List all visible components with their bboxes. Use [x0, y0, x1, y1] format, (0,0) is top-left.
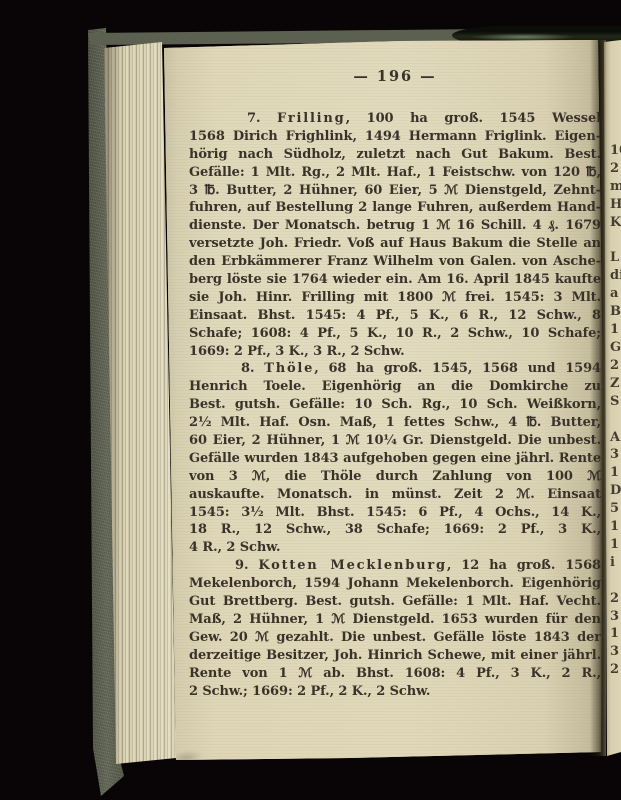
text-line: hörig nach Südholz, zuletzt nach Gut Bak…	[189, 146, 601, 164]
text-line: auskaufte. Monatsch. in münst. Zeit 2 ℳ.…	[189, 486, 601, 504]
text-line: von 3 ℳ, die Thöle durch Zahlung von 100…	[189, 468, 601, 486]
text-line: 2½ Mlt. Haf. Osn. Maß, 1 fettes Schw., 4…	[189, 414, 601, 432]
book-page: — 196 — 7. Frilling, 100 ha groß. 1545 W…	[156, 38, 606, 766]
paragraph-thoele: 8. Thöle, 68 ha groß. 1545, 1568 und 159…	[189, 360, 601, 557]
photo-background: — 196 — 7. Frilling, 100 ha groß. 1545 W…	[0, 0, 621, 800]
next-page-sliver: 10 2 m H K L di a B 1 G 2 Z S A 3 1 D 5 …	[604, 40, 621, 756]
text-line: dienste. Der Monatsch. betrug 1 ℳ 16 Sch…	[189, 217, 601, 235]
text-line: 2 Schw.; 1669: 2 Pf., 2 K., 2 Schw.	[189, 683, 601, 701]
page-text-block: — 196 — 7. Frilling, 100 ha groß. 1545 W…	[189, 68, 601, 700]
text-line: 4 R., 2 Schw.	[189, 539, 601, 557]
page-number: — 196 —	[189, 68, 601, 86]
entry-name: Kotten Mecklenburg	[258, 558, 447, 573]
text-line: sie Joh. Hinr. Frilling mit 1800 ℳ frei.…	[189, 289, 601, 307]
text-line: Einsaat. Bhst. 1545: 4 Pf., 5 K., 6 R., …	[189, 307, 601, 325]
paragraph-frilling: 7. Frilling, 100 ha groß. 1545 Wessel Fr…	[189, 110, 601, 360]
text-line: fuhren, auf Bestellung 2 lange Fuhren, a…	[189, 199, 601, 217]
paragraph-mecklenburg: 9. Kotten Mecklenburg, 12 ha groß. 1568 …	[189, 557, 601, 700]
text-line: Best. gutsh. Gefälle: 10 Sch. Rg., 10 Sc…	[189, 396, 601, 414]
text-line: Henrich Toele. Eigenhörig an die Domkirc…	[189, 378, 601, 396]
entry-name: Thöle	[264, 361, 314, 376]
text-line: Gefälle wurden 1843 aufgehoben gegen ein…	[189, 450, 601, 468]
text-line: 8. Thöle, 68 ha groß. 1545, 1568 und 159…	[189, 360, 601, 378]
text-line: berg löste sie 1764 wieder ein. Am 16. A…	[189, 271, 601, 289]
text-line: Gefälle: 1 Mlt. Rg., 2 Mlt. Haf., 1 Feis…	[189, 164, 601, 182]
text-line: derzeitige Besitzer, Joh. Hinrich Schewe…	[189, 647, 601, 665]
gutter-shadow	[590, 40, 606, 756]
text-line: 7. Frilling, 100 ha groß. 1545 Wessel Fr…	[189, 110, 601, 128]
text-line: Schafe; 1608: 4 Pf., 5 K., 10 R., 2 Schw…	[189, 325, 601, 343]
text-line: den Erbkämmerer Franz Wilhelm von Galen.…	[189, 253, 601, 271]
entry-number: 8.	[241, 361, 254, 376]
entry-name: Frilling	[277, 111, 346, 126]
text-line: Maß, 2 Hühner, 1 ℳ Dienstgeld. 1653 wurd…	[189, 611, 601, 629]
text-line: 18 R., 12 Schw., 38 Schafe; 1669: 2 Pf.,…	[189, 521, 601, 539]
entry-opening-rest: , 68 ha groß. 1545, 1568 und 1594	[314, 361, 601, 376]
text-line: Gew. 20 ℳ gezahlt. Die unbest. Gefälle l…	[189, 629, 601, 647]
next-page-text-fragments: 10 2 m H K L di a B 1 G 2 Z S A 3 1 D 5 …	[610, 142, 621, 679]
text-line: Rente von 1 ℳ ab. Bhst. 1608: 4 Pf., 3 K…	[189, 665, 601, 683]
text-line: 3 ℔. Butter, 2 Hühner, 60 Eier, 5 ℳ Dien…	[189, 182, 601, 200]
text-line: 60 Eier, 2 Hühner, 1 ℳ 10¼ Gr. Dienstgel…	[189, 432, 601, 450]
entry-number: 7.	[247, 111, 260, 126]
text-line: 1669: 2 Pf., 3 K., 3 R., 2 Schw.	[189, 343, 601, 361]
text-line: 1545: 3½ Mlt. Bhst. 1545: 6 Pf., 4 Ochs.…	[189, 504, 601, 522]
text-line: Gut Brettberg. Best. gutsh. Gefälle: 1 M…	[189, 593, 601, 611]
text-line: 1568 Dirich Frighlink, 1494 Hermann Frig…	[189, 128, 601, 146]
text-line: Mekelenborch, 1594 Johann Mekelenborch. …	[189, 575, 601, 593]
entry-number: 9.	[235, 558, 248, 573]
text-line: 9. Kotten Mecklenburg, 12 ha groß. 1568 …	[189, 557, 601, 575]
text-line: versetzte Joh. Friedr. Voß auf Haus Baku…	[189, 235, 601, 253]
